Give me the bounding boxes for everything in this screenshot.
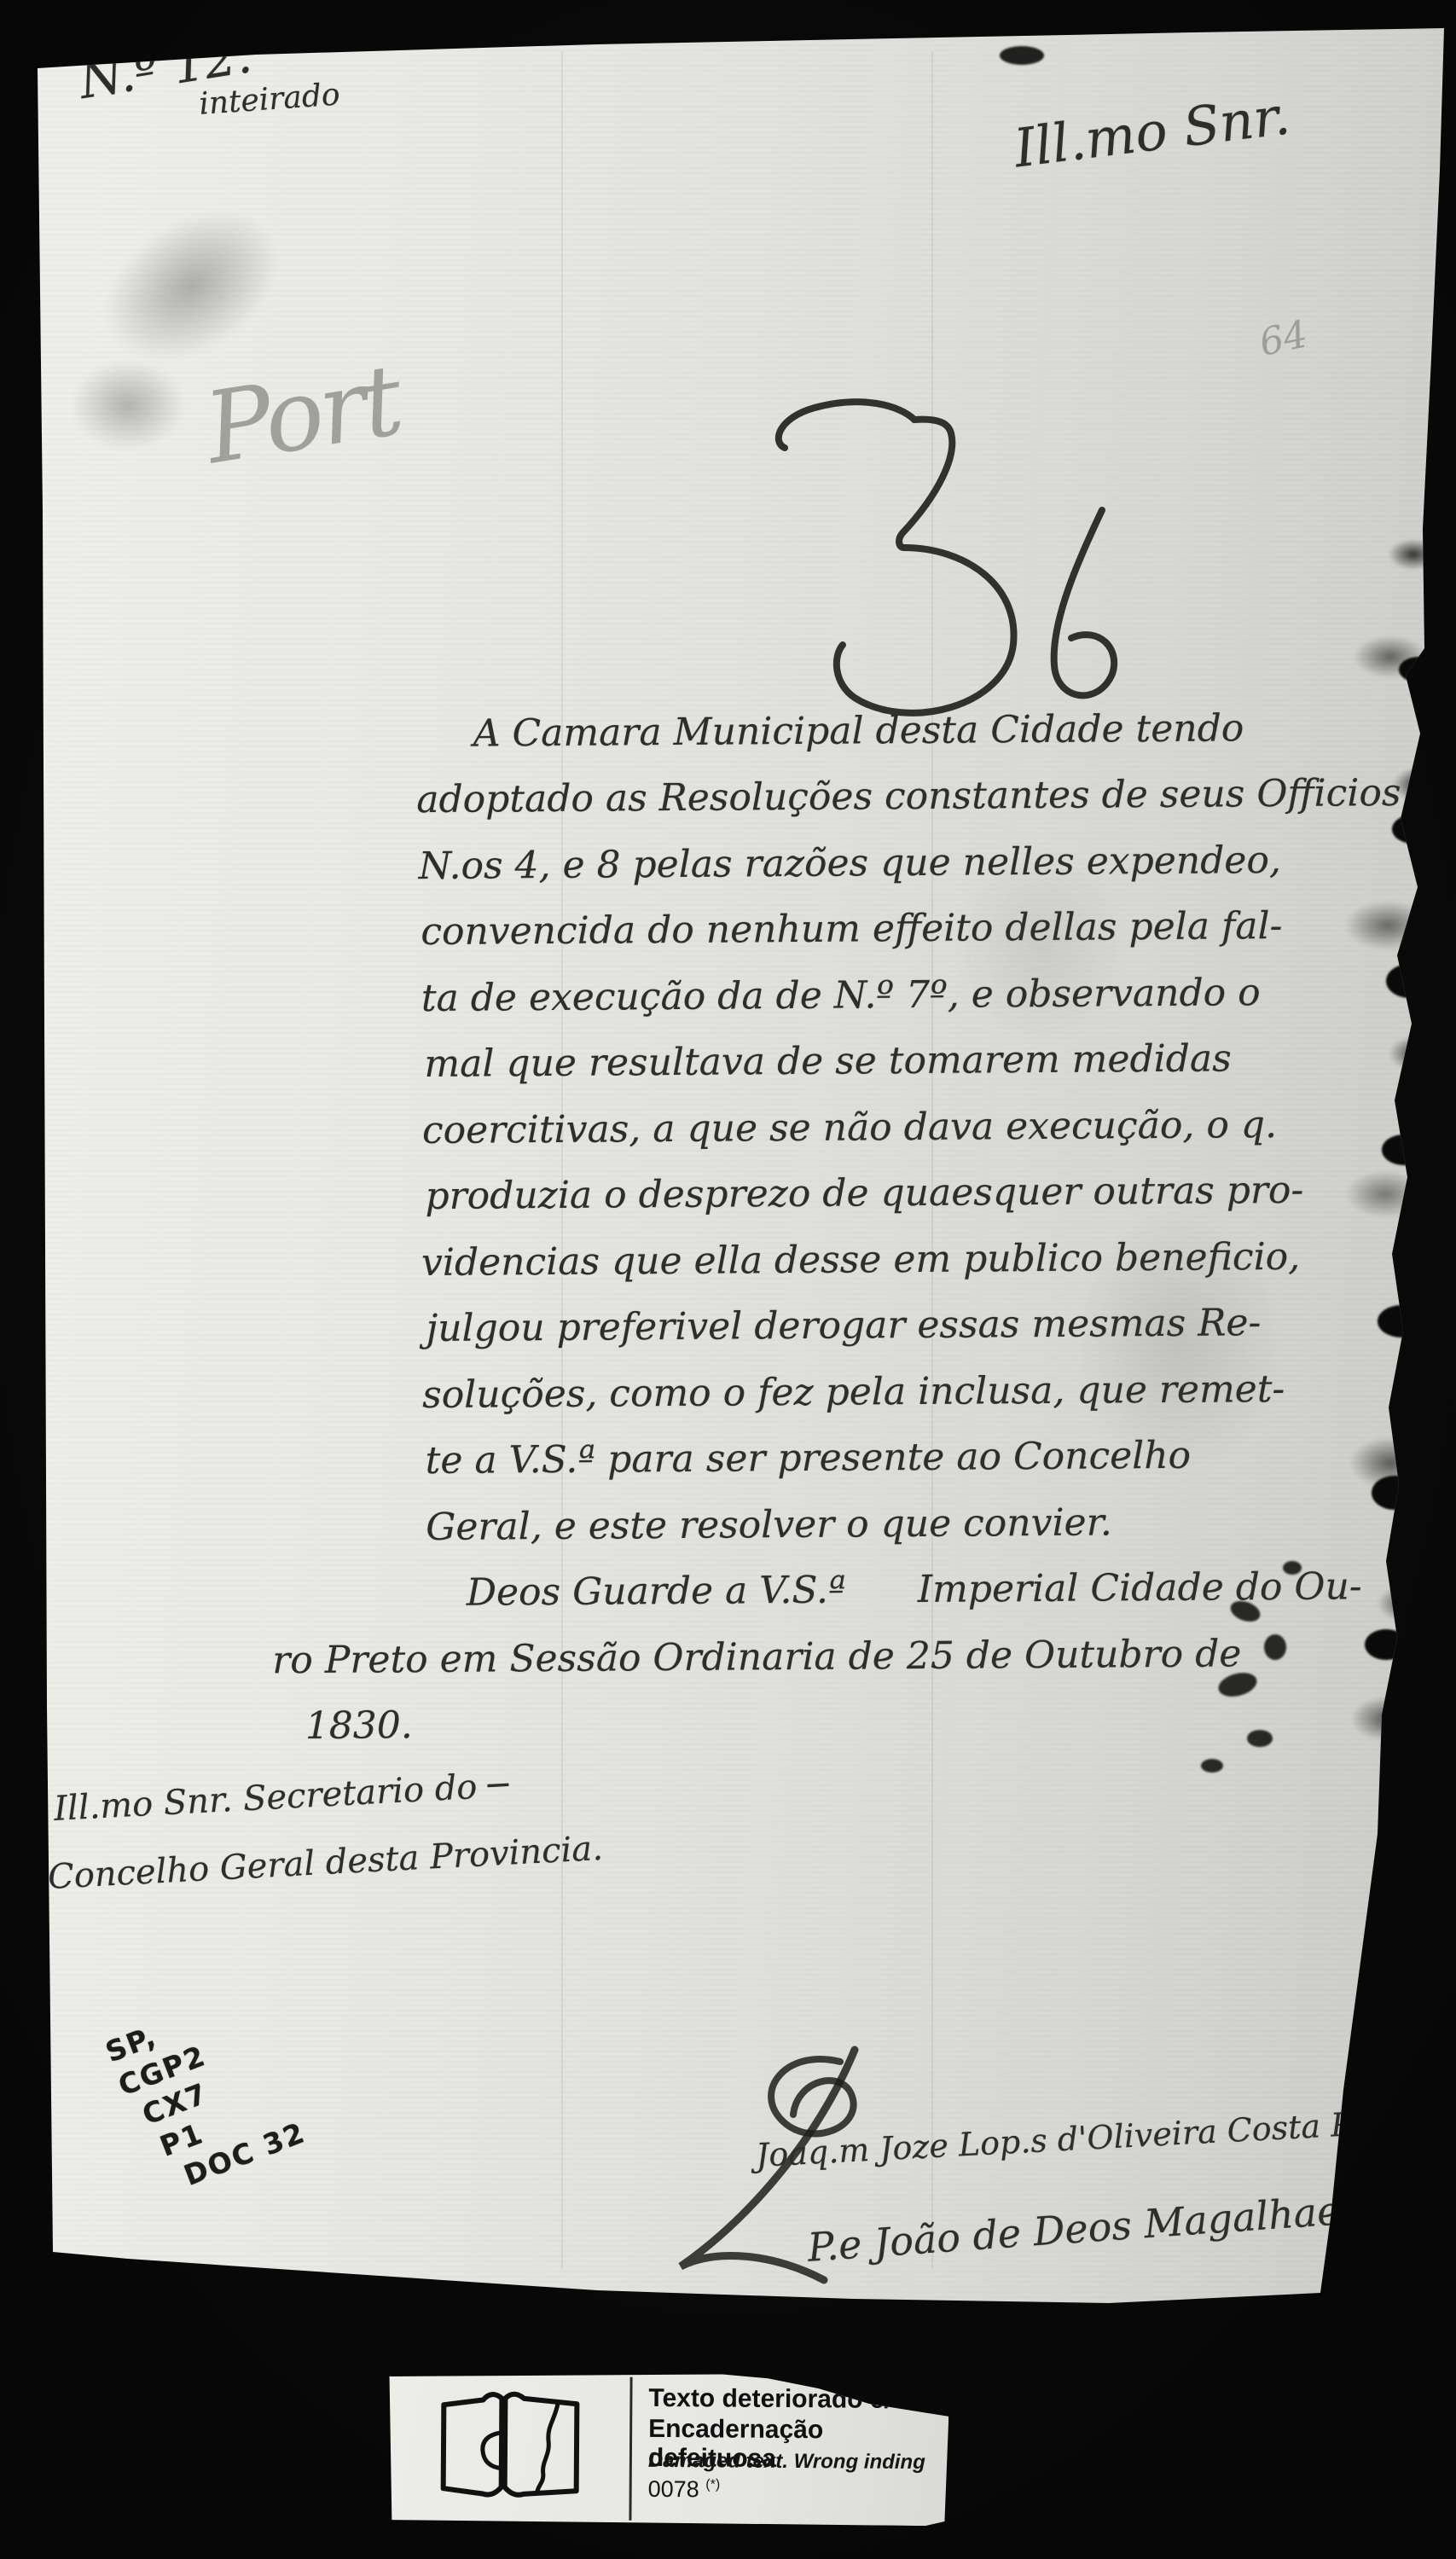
body-line: te a V.S.ª para ser presente ao Concelho [425,1434,1191,1483]
label-number-value: 0078 [648,2476,699,2502]
body-line: adoptado as Resoluções constantes de seu… [416,771,1401,821]
body-line: A Camara Municipal desta Cidade tendo [473,706,1244,755]
body-line: julgou preferivel derogar essas mesmas R… [426,1301,1261,1350]
body-line: 1830. [305,1703,413,1748]
label-text-pt-1: Texto deteriorado e/ou [648,2384,922,2415]
body-line: ta de execução da de N.º 7º, e observand… [421,971,1261,1020]
body-line: ro Preto em Sessão Ordinaria de 25 de Ou… [272,1632,1241,1682]
document-paper: N.º 12. inteirado Ill.mo Snr. 64 Port A … [0,0,1456,2559]
damaged-book-icon [430,2386,584,2506]
signature-flourish [657,2043,938,2307]
body-line: convencida do nenhum effeito dellas pela… [421,904,1282,954]
body-line: videncias que ella desse em publico bene… [421,1235,1300,1285]
condition-label: Texto deteriorado e/ou Encadernação defe… [381,2372,948,2527]
label-divider [629,2377,632,2521]
body-line: soluções, como o fez pela inclusa, que r… [422,1367,1285,1417]
body-line: coercitivas, a que se não dava execução,… [422,1103,1277,1152]
body-line: N.os 4, e 8 pelas razões que nelles expe… [419,838,1281,888]
label-number-note: (*) [705,2477,720,2492]
body-line: mal que resultava de se tomarem medidas [424,1036,1232,1086]
body-line: Deos Guarde a V.S.ª Imperial Cidade do O… [467,1564,1362,1614]
microfilm-scan: N.º 12. inteirado Ill.mo Snr. 64 Port A … [0,0,1456,2559]
body-line: produzia o desprezo de quaesquer outras … [425,1169,1303,1218]
label-number: 0078 (*) [648,2476,721,2504]
body-line: Geral, e este resolver o que convier. [426,1500,1112,1549]
label-text-en: Damaged text. Wrong inding [648,2449,925,2475]
